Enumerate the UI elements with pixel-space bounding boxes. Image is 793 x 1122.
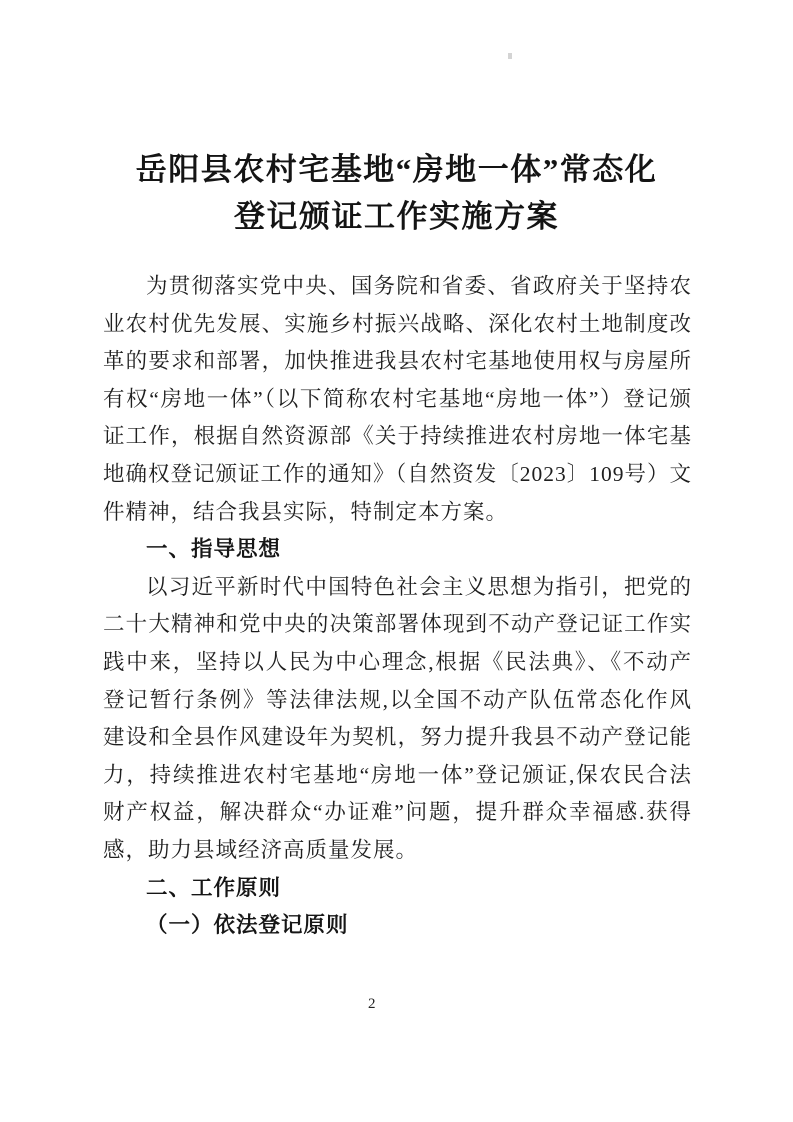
document-body: 为贯彻落实党中央、国务院和省委、省政府关于坚持农业农村优先发展、实施乡村振兴战略… [103, 268, 692, 945]
paragraph-guiding-ideology: 以习近平新时代中国特色社会主义思想为指引，把党的二十大精神和党中央的决策部署体现… [103, 569, 692, 870]
document-title: 岳阳县农村宅基地“房地一体”常态化 登记颁证工作实施方案 [0, 146, 793, 240]
section-heading-work-principles: 二、工作原则 [103, 870, 692, 908]
paragraph-preamble: 为贯彻落实党中央、国务院和省委、省政府关于坚持农业农村优先发展、实施乡村振兴战略… [103, 268, 692, 531]
page-number: 2 [368, 996, 376, 1013]
subsection-heading-lawful-registration: （一）依法登记原则 [103, 907, 692, 945]
section-heading-guiding-ideology: 一、指导思想 [103, 531, 692, 569]
title-line-1: 岳阳县农村宅基地“房地一体”常态化 [0, 146, 793, 193]
title-line-2: 登记颁证工作实施方案 [0, 193, 793, 240]
scan-artifact-speck [508, 53, 512, 59]
document-page: 岳阳县农村宅基地“房地一体”常态化 登记颁证工作实施方案 为贯彻落实党中央、国务… [0, 0, 793, 1122]
